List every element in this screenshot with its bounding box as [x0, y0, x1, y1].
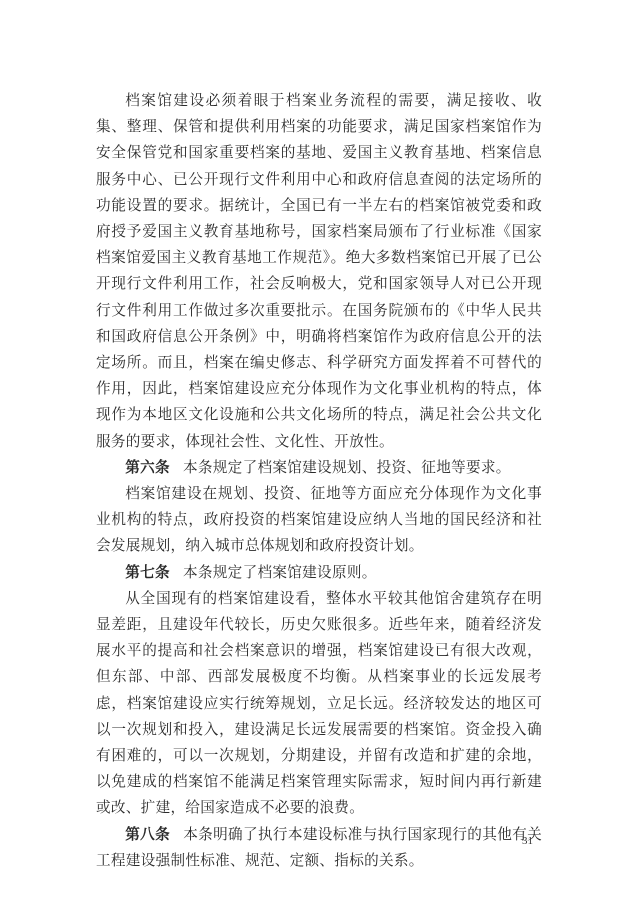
article-text: 本条规定了档案馆建设规划、投资、征地等要求。 [183, 459, 511, 476]
document-page: 档案馆建设必须着眼于档案业务流程的需要，满足接收、收集、整理、保管和提供利用档案… [96, 88, 542, 874]
article-7-paragraph: 第七条本条规定了档案馆建设原则。 [96, 560, 542, 586]
body-paragraph: 从全国现有的档案馆建设看，整体水平较其他馆舍建筑存在明显差距，且建设年代较长，历… [96, 586, 542, 822]
article-text: 本条规定了档案馆建设原则。 [183, 564, 377, 581]
article-heading: 第七条 [125, 564, 170, 581]
body-paragraph: 档案馆建设在规划、投资、征地等方面应充分体现作为文化事业机构的特点，政府投资的档… [96, 481, 542, 560]
article-8-paragraph: 第八条本条明确了执行本建设标准与执行国家现行的其他有关工程建设强制性标准、规范、… [96, 822, 542, 874]
article-heading: 第八条 [125, 826, 170, 843]
article-heading: 第六条 [125, 459, 170, 476]
body-paragraph: 档案馆建设必须着眼于档案业务流程的需要，满足接收、收集、整理、保管和提供利用档案… [96, 88, 542, 455]
article-6-paragraph: 第六条本条规定了档案馆建设规划、投资、征地等要求。 [96, 455, 542, 481]
page-number: 31 [522, 835, 533, 847]
